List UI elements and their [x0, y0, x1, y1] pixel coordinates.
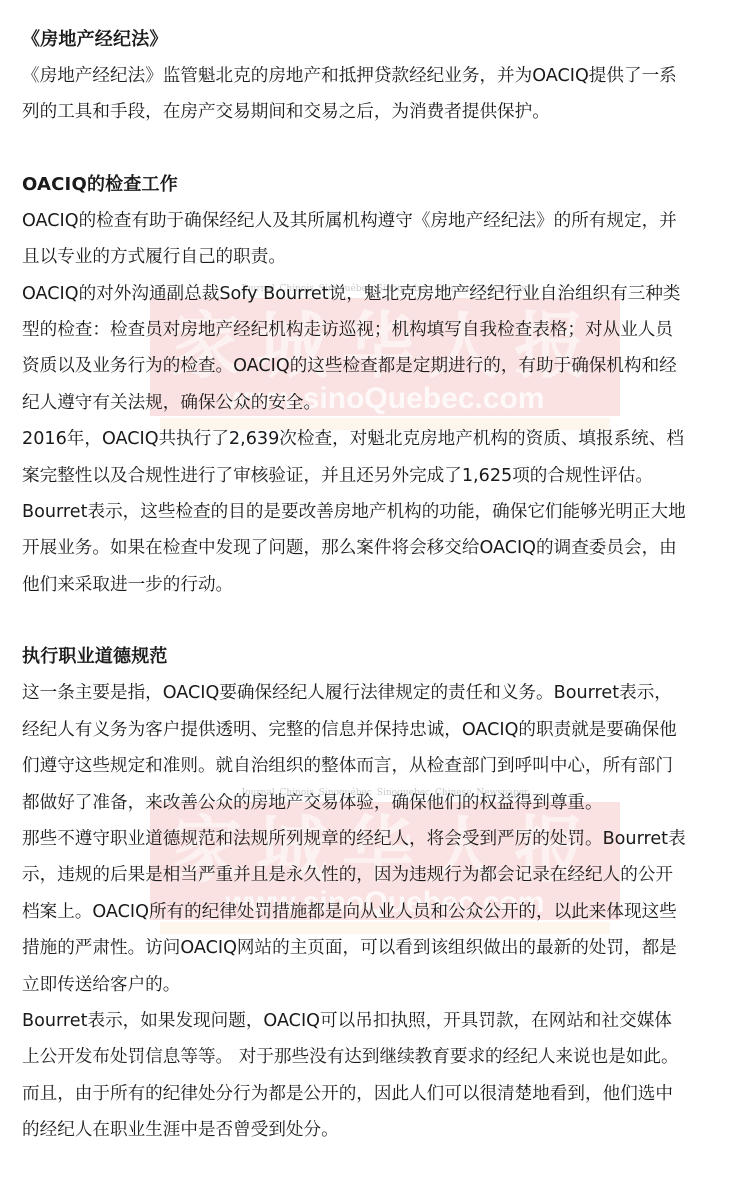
- section-heading-professional-ethics: 执行职业道德规范: [22, 639, 732, 675]
- text-line: OACIQ的检查有助于确保经纪人及其所属机构遵守《房地产经纪法》的所有规定，并: [22, 203, 732, 239]
- paragraph: Bourret表示，如果发现问题，OACIQ可以吊扣执照，开具罚款，在网站和社交…: [22, 1003, 732, 1149]
- paragraph: 2016年，OACIQ共执行了2,639次检查，对魁北克房地产机构的资质、填报系…: [22, 421, 732, 494]
- paragraph: OACIQ的对外沟通副总裁Sofy Bourret说，魁北克房地产经纪行业自治组…: [22, 276, 732, 422]
- text-line: 列的工具和手段，在房产交易期间和交易之后，为消费者提供保护。: [22, 94, 732, 130]
- text-line: 他们来采取进一步的行动。: [22, 567, 732, 603]
- text-line: 示，违规的后果是相当严重并且是永久性的，因为违规行为都会记录在经纪人的公开: [22, 857, 732, 893]
- text-line: 档案上。OACIQ所有的纪律处罚措施都是向从业人员和公众公开的，以此来体现这些: [22, 894, 732, 930]
- text-line: 案完整性以及合规性进行了审核验证，并且还另外完成了1,625项的合规性评估。: [22, 458, 732, 494]
- text-line: 开展业务。如果在检查中发现了问题，那么案件将会移交给OACIQ的调查委员会，由: [22, 530, 732, 566]
- paragraph: 这一条主要是指，OACIQ要确保经纪人履行法律规定的责任和义务。Bourret表…: [22, 675, 732, 821]
- text-line: Bourret表示，如果发现问题，OACIQ可以吊扣执照，开具罚款，在网站和社交…: [22, 1003, 732, 1039]
- text-line: 那些不遵守职业道德规范和法规所列规章的经纪人，将会受到严厉的处罚。Bourret…: [22, 821, 732, 857]
- section-heading-real-estate-brokerage-act: 《房地产经纪法》: [22, 22, 732, 58]
- paragraph: Bourret表示，这些检查的目的是要改善房地产机构的功能，确保它们能够光明正大…: [22, 494, 732, 603]
- section-spacer: [22, 131, 732, 167]
- text-line: 且以专业的方式履行自己的职责。: [22, 239, 732, 275]
- text-line: 而且，由于所有的纪律处分行为都是公开的，因此人们可以很清楚地看到，他们选中: [22, 1076, 732, 1112]
- text-line: 上公开发布处罚信息等等。 对于那些没有达到继续教育要求的经纪人来说也是如此。: [22, 1039, 732, 1075]
- text-line: 都做好了准备，来改善公众的房地产交易体验，确保他们的权益得到尊重。: [22, 785, 732, 821]
- text-line: 经纪人有义务为客户提供透明、完整的信息并保持忠诚，OACIQ的职责就是要确保他: [22, 712, 732, 748]
- text-line: 型的检查：检查员对房地产经纪机构走访巡视；机构填写自我检查表格；对从业人员: [22, 312, 732, 348]
- text-line: 们遵守这些规定和准则。就自治组织的整体而言，从检查部门到呼叫中心，所有部门: [22, 748, 732, 784]
- text-line: Bourret表示，这些检查的目的是要改善房地产机构的功能，确保它们能够光明正大…: [22, 494, 732, 530]
- text-line: 措施的严肃性。访问OACIQ网站的主页面，可以看到该组织做出的最新的处罚，都是: [22, 930, 732, 966]
- text-line: 的经纪人在职业生涯中是否曾受到处分。: [22, 1112, 732, 1148]
- paragraph: OACIQ的检查有助于确保经纪人及其所属机构遵守《房地产经纪法》的所有规定，并 …: [22, 203, 732, 276]
- section-spacer: [22, 603, 732, 639]
- text-line: 立即传送给客户的。: [22, 967, 732, 1003]
- article-body: 《房地产经纪法》 《房地产经纪法》监管魁北克的房地产和抵押贷款经纪业务，并为OA…: [22, 22, 732, 1149]
- text-line: OACIQ的对外沟通副总裁Sofy Bourret说，魁北克房地产经纪行业自治组…: [22, 276, 732, 312]
- paragraph: 《房地产经纪法》监管魁北克的房地产和抵押贷款经纪业务，并为OACIQ提供了一系 …: [22, 58, 732, 131]
- text-line: 《房地产经纪法》监管魁北克的房地产和抵押贷款经纪业务，并为OACIQ提供了一系: [22, 58, 732, 94]
- text-line: 2016年，OACIQ共执行了2,639次检查，对魁北克房地产机构的资质、填报系…: [22, 421, 732, 457]
- paragraph: 那些不遵守职业道德规范和法规所列规章的经纪人，将会受到严厉的处罚。Bourret…: [22, 821, 732, 1003]
- text-line: 纪人遵守有关法规，确保公众的安全。: [22, 385, 732, 421]
- section-heading-oaciq-inspections: OACIQ的检查工作: [22, 167, 732, 203]
- text-line: 这一条主要是指，OACIQ要确保经纪人履行法律规定的责任和义务。Bourret表…: [22, 675, 732, 711]
- text-line: 资质以及业务行为的检查。OACIQ的这些检查都是定期进行的，有助于确保机构和经: [22, 348, 732, 384]
